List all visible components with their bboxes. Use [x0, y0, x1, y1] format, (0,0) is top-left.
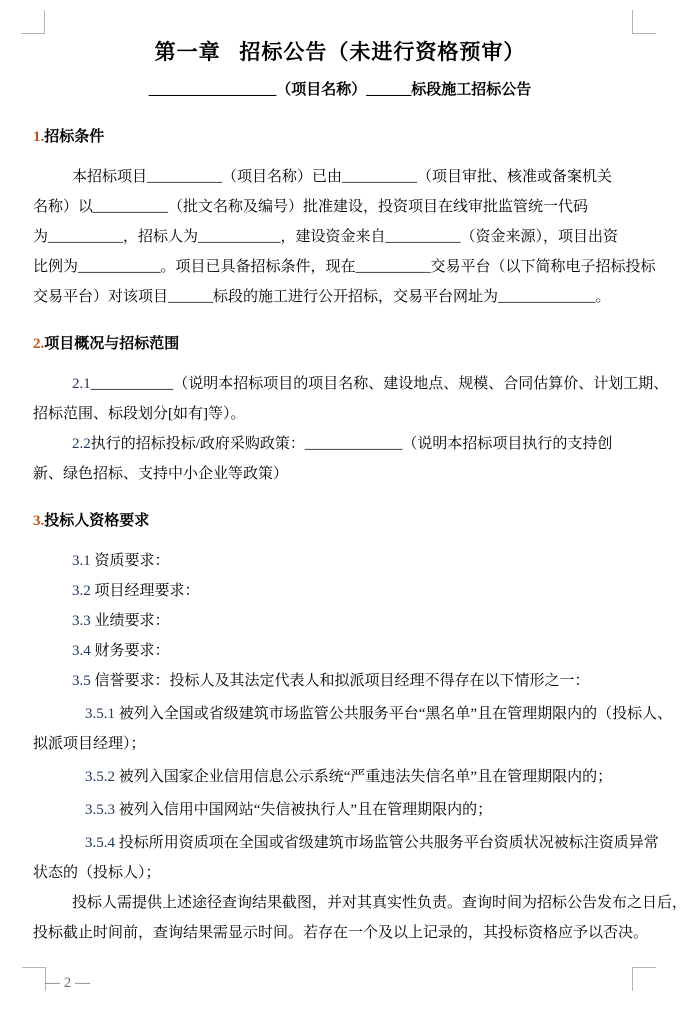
- section-number: 2.: [33, 336, 44, 352]
- text-line: 交易平台）对该项目______标段的施工进行公开招标，交易平台网址为______…: [33, 282, 647, 312]
- section-title: 项目概况与招标范围: [44, 336, 179, 352]
- text-line: 3.2 项目经理要求：: [33, 576, 647, 606]
- document-body: 1.招标条件本招标项目__________（项目名称）已由__________（…: [33, 122, 647, 948]
- clause-number: 3.5.3: [85, 802, 115, 818]
- line-text: 新、绿色招标、支持中小企业等政策）: [33, 466, 288, 482]
- line-text: 拟派项目经理）；: [33, 736, 146, 752]
- document-content: 第一章 招标公告（未进行资格预审） _________________（项目名称…: [0, 0, 680, 948]
- text-line: 3.3 业绩要求：: [33, 606, 647, 636]
- text-line: 本招标项目__________（项目名称）已由__________（项目审批、核…: [33, 162, 647, 192]
- section-heading: 2.项目概况与招标范围: [33, 329, 647, 359]
- document-page: 第一章 招标公告（未进行资格预审） _________________（项目名称…: [0, 0, 680, 1016]
- clause-number: 2.2: [72, 436, 91, 452]
- document-subtitle: _________________（项目名称）______标段施工招标公告: [33, 75, 647, 105]
- line-text: 被列入全国或省级建筑市场监管公共服务平台“黑名单”且在管理期限内的（投标人、: [115, 706, 672, 722]
- text-line: 3.1 资质要求：: [33, 546, 647, 576]
- page-number: — 2 —: [45, 973, 90, 993]
- section-heading: 1.招标条件: [33, 122, 647, 152]
- line-text: 资质要求：: [91, 553, 170, 569]
- text-line: 新、绿色招标、支持中小企业等政策）: [33, 459, 647, 489]
- clause-number: 3.5.1: [85, 706, 115, 722]
- text-line: 比例为___________。项目已具备招标条件，现在__________交易平…: [33, 252, 647, 282]
- line-text: 被列入信用中国网站“失信被执行人”且在管理期限内的；: [115, 802, 492, 818]
- section-title: 招标条件: [44, 129, 104, 145]
- line-text: 投标所用资质项在全国或省级建筑市场监管公共服务平台资质状况被标注资质异常: [115, 835, 659, 851]
- line-text: 财务要求：: [91, 643, 170, 659]
- line-text: 信誉要求：投标人及其法定代表人和拟派项目经理不得存在以下情形之一：: [91, 673, 590, 689]
- line-text: 被列入国家企业信用信息公示系统“严重违法失信名单”且在管理期限内的；: [115, 769, 612, 785]
- line-text: 为__________，招标人为___________，建设资金来自______…: [33, 229, 618, 245]
- text-line: 投标人需提供上述途径查询结果截图，并对其真实性负责。查询时间为招标公告发布之日后…: [33, 888, 647, 918]
- line-text: 交易平台）对该项目______标段的施工进行公开招标，交易平台网址为______…: [33, 289, 611, 305]
- line-text: 执行的招标投标/政府采购政策：_____________（说明本招标项目执行的支…: [91, 436, 613, 452]
- text-line: 3.4 财务要求：: [33, 636, 647, 666]
- text-line: 3.5 信誉要求：投标人及其法定代表人和拟派项目经理不得存在以下情形之一：: [33, 666, 647, 696]
- text-line: 状态的（投标人）；: [33, 858, 647, 888]
- text-line: 3.5.1 被列入全国或省级建筑市场监管公共服务平台“黑名单”且在管理期限内的（…: [33, 699, 647, 729]
- text-line: 名称）以__________（批文名称及编号）批准建设，投资项目在线审批监管统一…: [33, 192, 647, 222]
- line-text: 状态的（投标人）；: [33, 865, 161, 881]
- line-text: 招标范围、标段划分[如有]等）。: [33, 406, 246, 422]
- line-text: 本招标项目__________（项目名称）已由__________（项目审批、核…: [72, 169, 612, 185]
- text-line: 3.5.2 被列入国家企业信用信息公示系统“严重违法失信名单”且在管理期限内的；: [33, 762, 647, 792]
- line-text: ___________（说明本招标项目的项目名称、建设地点、规模、合同估算价、计…: [91, 376, 669, 392]
- clause-number: 2.1: [72, 376, 91, 392]
- clause-number: 3.5.2: [85, 769, 115, 785]
- text-line: 3.5.3 被列入信用中国网站“失信被执行人”且在管理期限内的；: [33, 795, 647, 825]
- section-number: 3.: [33, 513, 44, 529]
- line-text: 业绩要求：: [91, 613, 170, 629]
- line-text: 比例为___________。项目已具备招标条件，现在__________交易平…: [33, 259, 656, 275]
- section-heading: 3.投标人资格要求: [33, 506, 647, 536]
- line-text: 项目经理要求：: [91, 583, 200, 599]
- crop-mark-bottom-right: [632, 967, 656, 991]
- line-text: 投标截止时间前，查询结果需显示时间。若存在一个及以上记录的，其投标资格应予以否决…: [33, 925, 648, 941]
- clause-number: 3.2: [72, 583, 91, 599]
- clause-number: 3.1: [72, 553, 91, 569]
- text-line: 2.1___________（说明本招标项目的项目名称、建设地点、规模、合同估算…: [33, 369, 647, 399]
- clause-number: 3.5: [72, 673, 91, 689]
- line-text: 名称）以__________（批文名称及编号）批准建设，投资项目在线审批监管统一…: [33, 199, 588, 215]
- text-line: 招标范围、标段划分[如有]等）。: [33, 399, 647, 429]
- text-line: 为__________，招标人为___________，建设资金来自______…: [33, 222, 647, 252]
- section-title: 投标人资格要求: [44, 513, 149, 529]
- text-line: 投标截止时间前，查询结果需显示时间。若存在一个及以上记录的，其投标资格应予以否决…: [33, 918, 647, 948]
- text-line: 2.2执行的招标投标/政府采购政策：_____________（说明本招标项目执…: [33, 429, 647, 459]
- section-number: 1.: [33, 129, 44, 145]
- clause-number: 3.3: [72, 613, 91, 629]
- clause-number: 3.4: [72, 643, 91, 659]
- chapter-title: 第一章 招标公告（未进行资格预审）: [33, 34, 647, 70]
- line-text: 投标人需提供上述途径查询结果截图，并对其真实性负责。查询时间为招标公告发布之日后…: [72, 895, 680, 911]
- crop-mark-bottom-left: [22, 967, 46, 991]
- text-line: 3.5.4 投标所用资质项在全国或省级建筑市场监管公共服务平台资质状况被标注资质…: [33, 828, 647, 858]
- clause-number: 3.5.4: [85, 835, 115, 851]
- text-line: 拟派项目经理）；: [33, 729, 647, 759]
